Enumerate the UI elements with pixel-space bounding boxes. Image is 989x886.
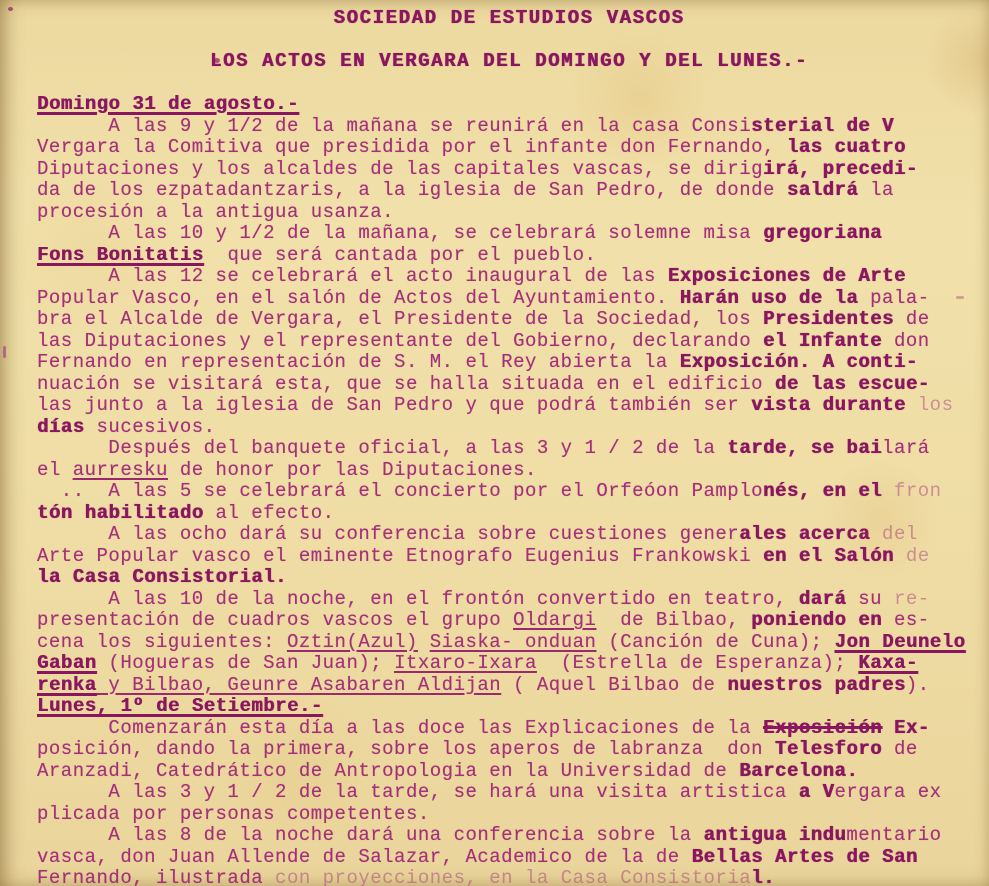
text-line — [37, 73, 981, 95]
text-line: .. A las 5 se celebrará el concierto por… — [37, 481, 981, 503]
text-line: nuación se visitará esta, que se halla s… — [37, 374, 981, 396]
text-line: A las 12 se celebrará el acto inaugural … — [37, 266, 981, 288]
text-line: cena los siguientes: Oztin(Azul) Siaska-… — [37, 632, 981, 654]
text-line: tón habilitado al efecto. — [37, 503, 981, 525]
text-line: posición, dando la primera, sobre los ap… — [37, 739, 981, 761]
text-line: Diputaciones y los alcaldes de las capit… — [37, 159, 981, 181]
text-line: Fernando, ilustrada con proyecciones, en… — [37, 868, 981, 886]
text-line: Gaban (Hogueras de San Juan); Itxaro-Ixa… — [37, 653, 981, 675]
text-line: Popular Vasco, en el salón de Actos del … — [37, 288, 981, 310]
text-line: Vergara la Comitiva que presidida por el… — [37, 137, 981, 159]
text-line: el aurresku de honor por las Diputacione… — [37, 460, 981, 482]
text-line: Comenzarán esta día a las doce las Expli… — [37, 718, 981, 740]
text-line: Arte Popular vasco el eminente Etnografo… — [37, 546, 981, 568]
text-line: la Casa Consistorial. — [37, 567, 981, 589]
text-line — [37, 30, 981, 52]
text-line: A las 9 y 1/2 de la mañana se reunirá en… — [37, 116, 981, 138]
doc-subtitle: LOS ACTOS EN VERGARA DEL DOMINGO Y DEL L… — [37, 51, 981, 73]
text-line: las junto a la iglesia de San Pedro y qu… — [37, 395, 981, 417]
text-line: vasca, don Juan Allende de Salazar, Acad… — [37, 847, 981, 869]
document-page: SOCIEDAD DE ESTUDIOS VASCOS LOS ACTOS EN… — [0, 0, 989, 886]
text-line: A las ocho dará su conferencia sobre cue… — [37, 524, 981, 546]
text-line: las Diputaciones y el representante del … — [37, 331, 981, 353]
text-line: presentación de cuadros vascos el grupo … — [37, 610, 981, 632]
text-line: Fernando en representación de S. M. el R… — [37, 352, 981, 374]
text-line: días sucesivos. — [37, 417, 981, 439]
text-line: A las 10 de la noche, en el frontón conv… — [37, 589, 981, 611]
doc-title: SOCIEDAD DE ESTUDIOS VASCOS — [37, 8, 981, 30]
text-line: plicada por personas competentes. — [37, 804, 981, 826]
text-line: bra el Alcalde de Vergara, el Presidente… — [37, 309, 981, 331]
text-line: procesión a la antigua usanza. — [37, 202, 981, 224]
section-heading-lunes: Lunes, 1º de Setiembre.- — [37, 696, 981, 718]
text-line: Fons Bonitatis que será cantada por el p… — [37, 245, 981, 267]
text-line: A las 3 y 1 / 2 de la tarde, se hará una… — [37, 782, 981, 804]
text-line: Después del banquete oficial, a las 3 y … — [37, 438, 981, 460]
text-line: da de los ezpatadantzaris, a la iglesia … — [37, 180, 981, 202]
text-line: A las 8 de la noche dará una conferencia… — [37, 825, 981, 847]
text-line: renka y Bilbao, Geunre Asabaren Aldijan … — [37, 675, 981, 697]
section-heading-domingo: Domingo 31 de agosto.- — [37, 94, 981, 116]
text-line: A las 10 y 1/2 de la mañana, se celebrar… — [37, 223, 981, 245]
document-body: SOCIEDAD DE ESTUDIOS VASCOS LOS ACTOS EN… — [0, 0, 989, 886]
text-line: Aranzadi, Catedrático de Antropologia en… — [37, 761, 981, 783]
